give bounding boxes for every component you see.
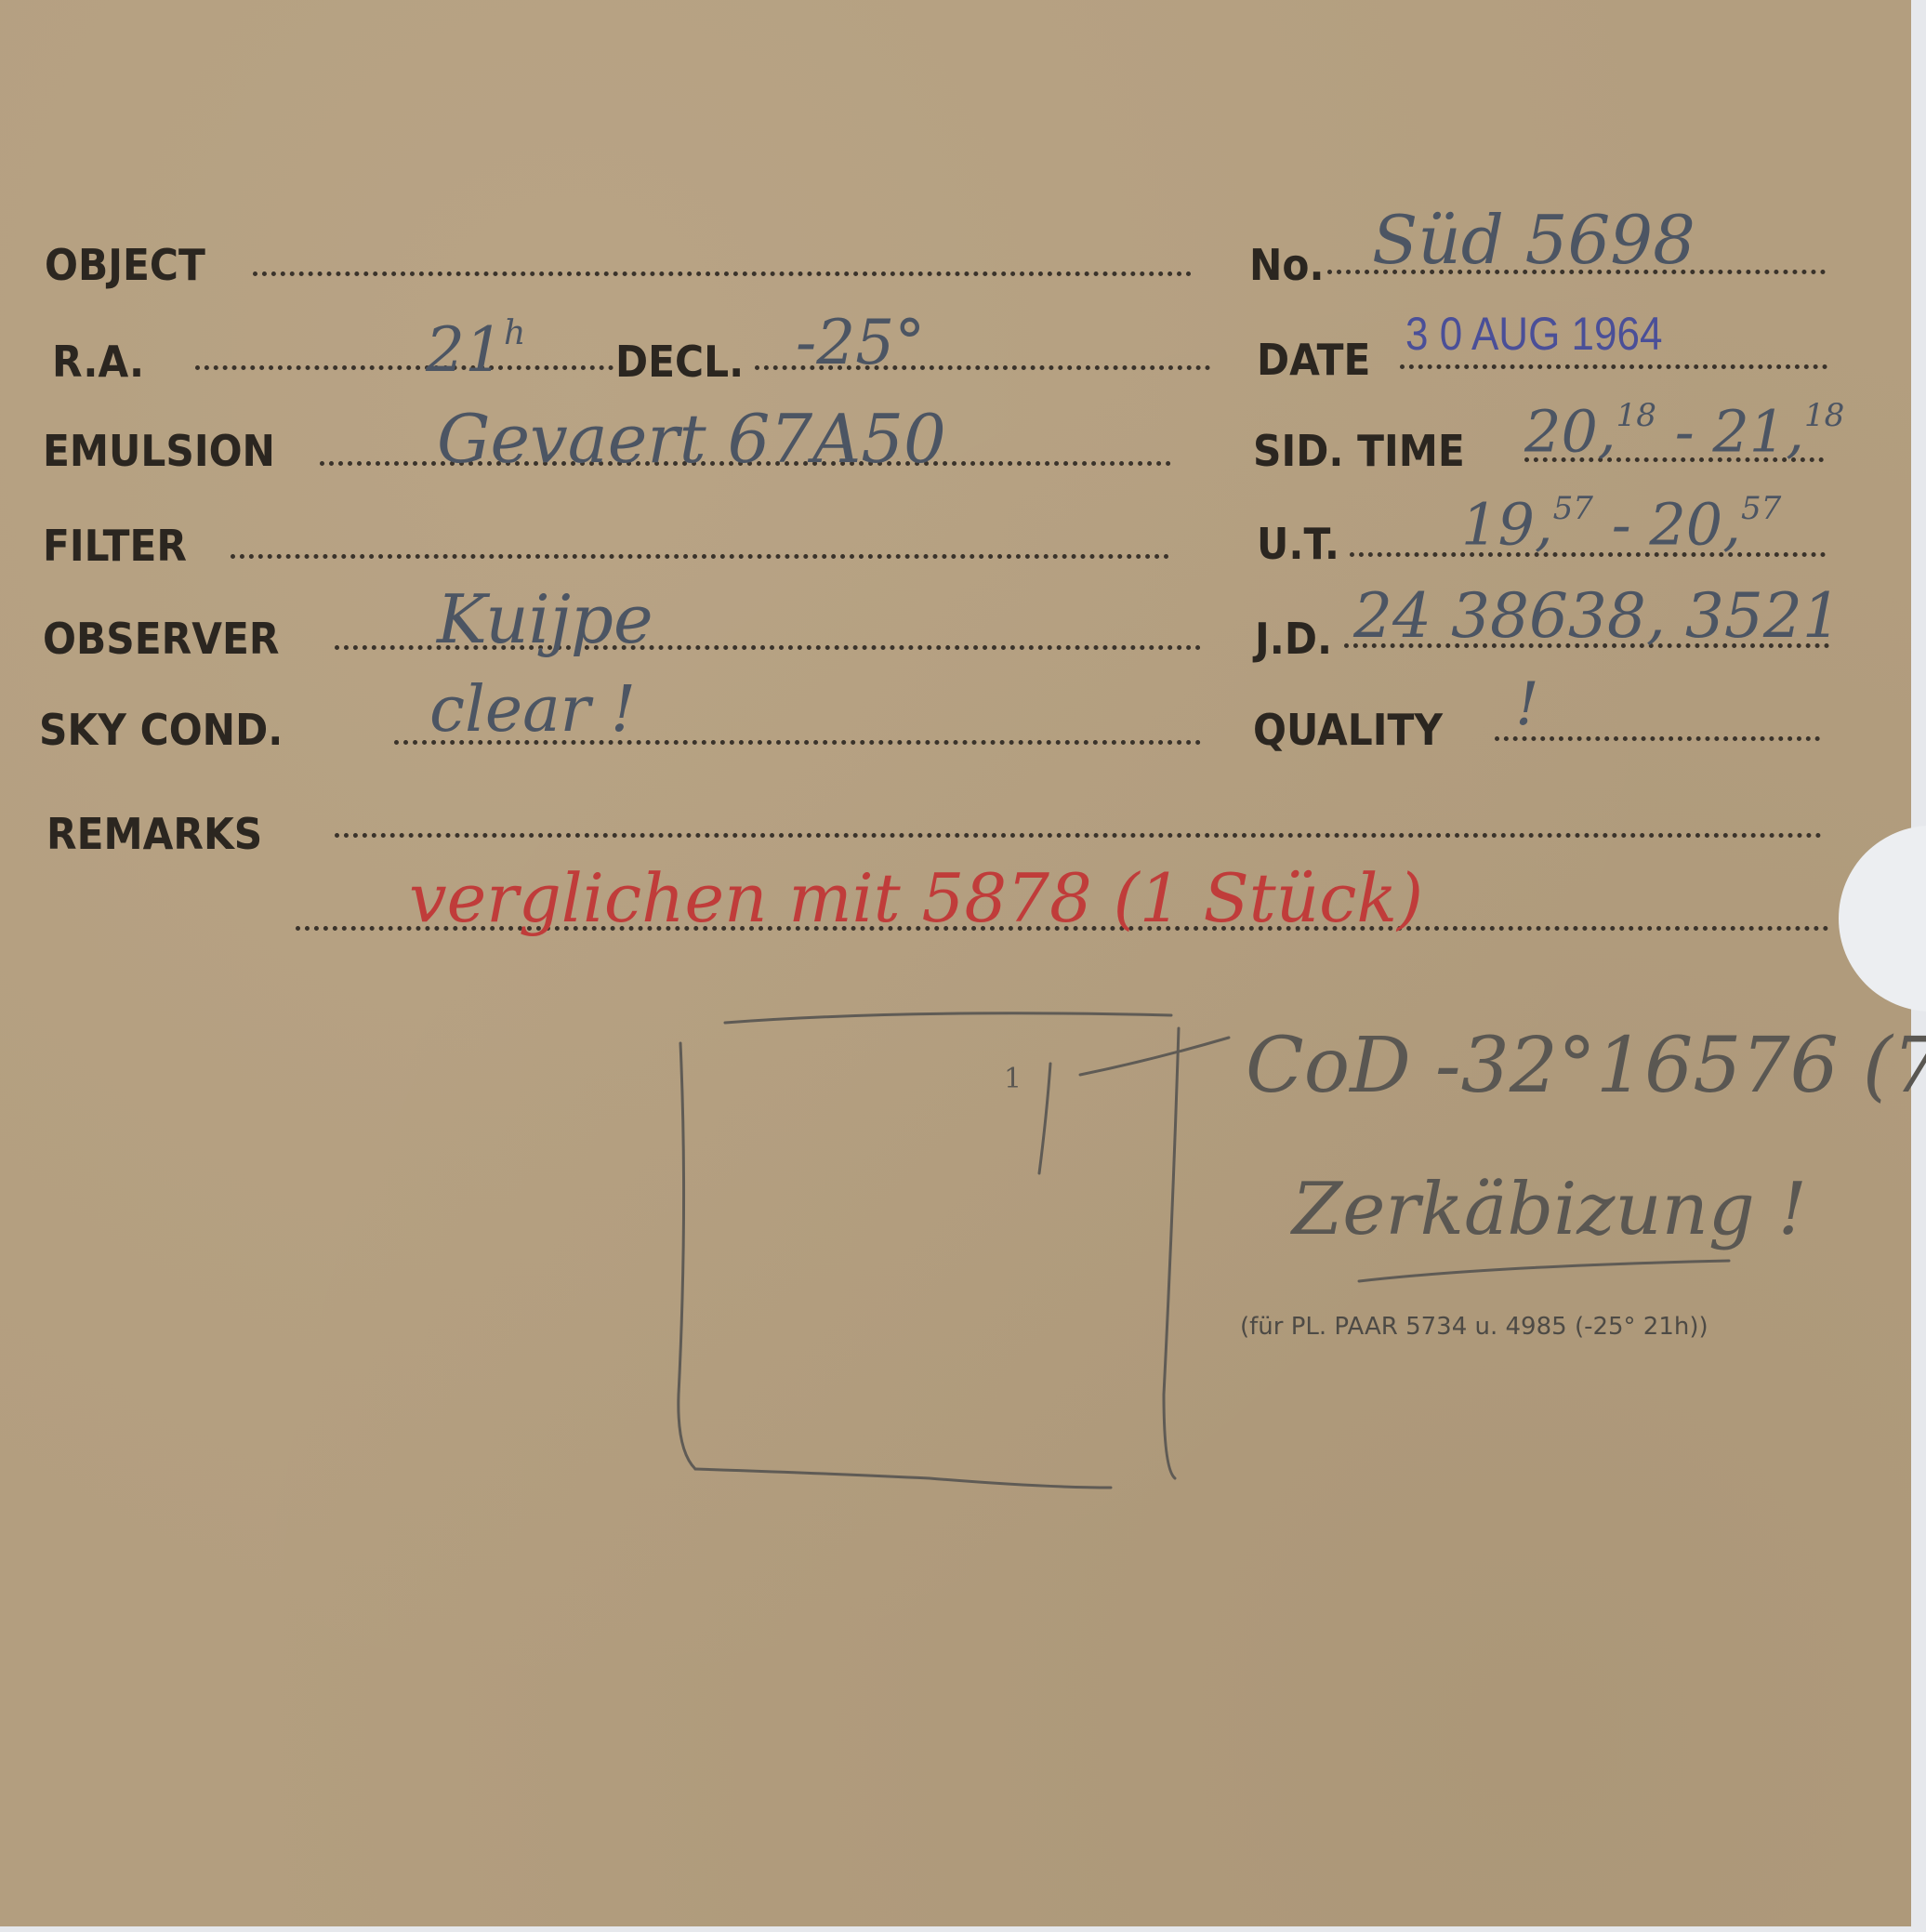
pencil-underline (1359, 1261, 1729, 1281)
pencil-word-note: Zerkäbizung ! (1292, 1173, 1807, 1246)
sketch-pointer (1080, 1038, 1229, 1075)
pencil-sketch (0, 0, 1926, 1932)
sketch-right-edge (1164, 1028, 1179, 1478)
sketch-tick (1039, 1064, 1050, 1173)
sketch-bottom-edge (695, 1469, 1111, 1488)
pencil-footnote: (für PL. PAAR 5734 u. 4985 (-25° 21h)) (1240, 1315, 1708, 1339)
sketch-left-edge (679, 1043, 695, 1469)
star-id: CoD -32°16576 (7.6 (1246, 1022, 1926, 1110)
box-mark: 1 (1004, 1065, 1022, 1093)
star-id-note: CoD -32°16576 (7.6m) (1246, 1023, 1926, 1105)
sketch-top-edge (725, 1013, 1171, 1023)
